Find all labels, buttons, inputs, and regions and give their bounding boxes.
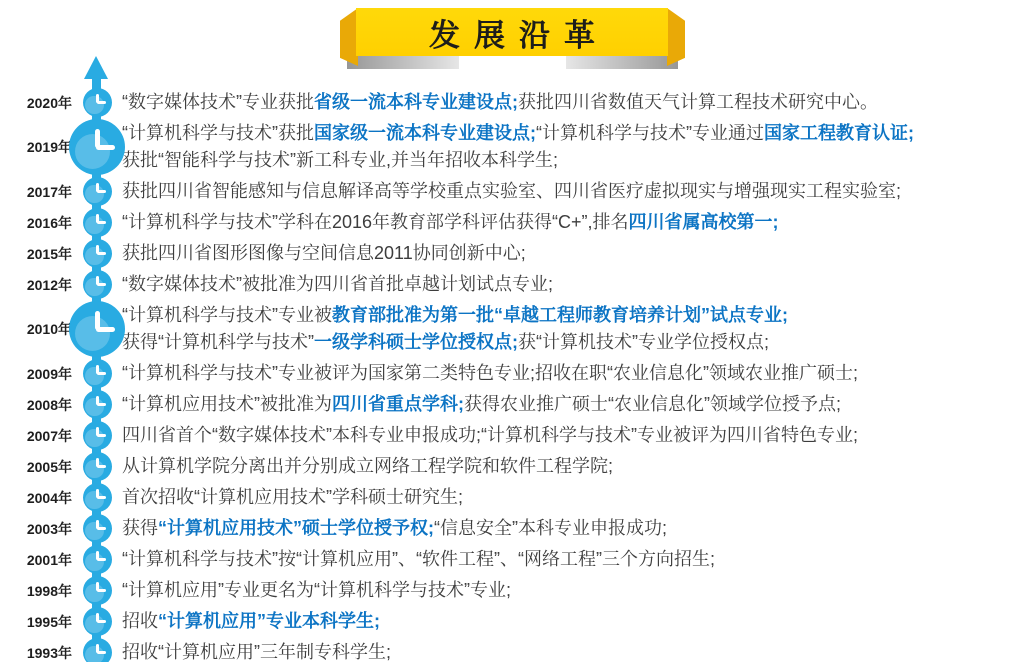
clock-cell <box>72 452 122 481</box>
milestone-line: 获得“计算机科学与技术”一级学科硕士学位授权点;获“计算机技术”专业学位授权点; <box>122 329 1016 356</box>
milestone-highlight: 教育部批准为第一批“卓越工程师教育培养计划”试点专业; <box>332 305 788 325</box>
milestone-highlight: 国家级一流本科专业建设点; <box>314 123 536 143</box>
clock-highlight <box>85 584 104 603</box>
milestone-line: 招收“计算机应用”专业本科学生; <box>122 608 1016 635</box>
clock-icon <box>83 452 112 481</box>
milestone-segment: 四川省首个“数字媒体技术”本科专业申报成功;“计算机科学与技术”专业被评为四川省… <box>122 425 858 445</box>
clock-icon <box>83 177 112 206</box>
milestone-highlight: 一级学科硕士学位授权点; <box>314 332 518 352</box>
timeline-row: 2012年“数字媒体技术”被批准为四川省首批卓越计划试点专业; <box>0 270 1024 299</box>
timeline-row: 2010年“计算机科学与技术”专业被教育部批准为第一批“卓越工程师教育培养计划”… <box>0 301 1024 357</box>
clock-hand-horizontal <box>97 527 106 530</box>
milestone-segment: 获批四川省图形图像与空间信息2011协同创新中心; <box>122 243 526 263</box>
year-label: 2016年 <box>0 213 72 233</box>
clock-hand-horizontal <box>97 403 106 406</box>
milestone-highlight: “计算机应用”专业本科学生; <box>158 611 380 631</box>
year-label: 1995年 <box>0 612 72 632</box>
timeline-row: 2016年“计算机科学与技术”学科在2016年教育部学科评估获得“C+”,排名四… <box>0 208 1024 237</box>
milestone-line: 获批“智能科学与技术”新工科专业,并当年招收本科学生; <box>122 147 1016 174</box>
timeline-row: 2020年“数字媒体技术”专业获批省级一流本科专业建设点;获批四川省数值天气计算… <box>0 88 1024 117</box>
clock-hand-horizontal <box>97 558 106 561</box>
clock-highlight <box>85 429 104 448</box>
timeline-row: 2017年获批四川省智能感知与信息解译高等学校重点实验室、四川省医疗虚拟现实与增… <box>0 177 1024 206</box>
clock-highlight <box>85 185 104 204</box>
timeline-row: 2005年从计算机学院分离出并分别成立网络工程学院和软件工程学院; <box>0 452 1024 481</box>
ribbon-shadow-right <box>566 54 678 69</box>
milestone-segment: 招收“计算机应用”三年制专科学生; <box>122 642 391 662</box>
clock-cell <box>72 119 122 175</box>
milestone-line: 获得“计算机应用技术”硕士学位授予权;“信息安全”本科专业申报成功; <box>122 515 1016 542</box>
milestone-segment: “数字媒体技术”被批准为四川省首批卓越计划试点专业; <box>122 274 553 294</box>
clock-icon <box>83 390 112 419</box>
milestone-text: “计算机科学与技术”按“计算机应用”、“软件工程”、“网络工程”三个方向招生; <box>122 546 1024 573</box>
year-label: 2019年 <box>0 137 72 157</box>
clock-icon <box>83 545 112 574</box>
year-label: 2004年 <box>0 488 72 508</box>
milestone-segment: “计算机科学与技术”学科在2016年教育部学科评估获得“C+”,排名 <box>122 212 629 232</box>
clock-hand-horizontal <box>97 372 106 375</box>
milestone-text: 获批四川省智能感知与信息解译高等学校重点实验室、四川省医疗虚拟现实与增强现实工程… <box>122 178 1024 205</box>
clock-highlight <box>75 316 111 352</box>
milestone-text: “数字媒体技术”被批准为四川省首批卓越计划试点专业; <box>122 271 1024 298</box>
clock-hand-horizontal <box>97 221 106 224</box>
clock-cell <box>72 208 122 237</box>
clock-hand-horizontal <box>97 283 106 286</box>
milestone-line: “数字媒体技术”专业获批省级一流本科专业建设点;获批四川省数值天气计算工程技术研… <box>122 89 1016 116</box>
milestone-segment: “计算机科学与技术”获批 <box>122 123 314 143</box>
clock-cell <box>72 270 122 299</box>
milestone-segment: “计算机科学与技术”专业被评为国家第二类特色专业;招收在职“农业信息化”领域农业… <box>122 363 858 383</box>
milestone-text: “计算机应用”专业更名为“计算机科学与技术”专业; <box>122 577 1024 604</box>
clock-icon <box>83 576 112 605</box>
timeline-row: 2001年“计算机科学与技术”按“计算机应用”、“软件工程”、“网络工程”三个方… <box>0 545 1024 574</box>
milestone-highlight: “计算机应用技术”硕士学位授予权; <box>158 518 434 538</box>
clock-cell <box>72 390 122 419</box>
clock-hand-horizontal <box>96 327 115 332</box>
year-label: 2001年 <box>0 550 72 570</box>
timeline-row: 2004年首次招收“计算机应用技术”学科硕士研究生; <box>0 483 1024 512</box>
year-label: 2003年 <box>0 519 72 539</box>
milestone-segment: “计算机科学与技术”专业被 <box>122 305 332 325</box>
clock-highlight <box>85 491 104 510</box>
milestone-line: “计算机科学与技术”专业被教育部批准为第一批“卓越工程师教育培养计划”试点专业; <box>122 302 1016 329</box>
clock-highlight <box>85 367 104 386</box>
milestone-text: “计算机科学与技术”获批国家级一流本科专业建设点;“计算机科学与技术”专业通过国… <box>122 120 1024 174</box>
timeline-row: 2015年获批四川省图形图像与空间信息2011协同创新中心; <box>0 239 1024 268</box>
clock-cell <box>72 239 122 268</box>
clock-cell <box>72 177 122 206</box>
milestone-text: 获得“计算机应用技术”硕士学位授予权;“信息安全”本科专业申报成功; <box>122 515 1024 542</box>
clock-highlight <box>85 398 104 417</box>
milestone-line: 从计算机学院分离出并分别成立网络工程学院和软件工程学院; <box>122 453 1016 480</box>
clock-hand-horizontal <box>97 434 106 437</box>
clock-cell <box>72 301 122 357</box>
clock-cell <box>72 514 122 543</box>
ribbon-fold-right <box>667 8 685 66</box>
ribbon-main: 发展沿革 <box>356 8 668 56</box>
milestone-segment: “计算机应用”专业更名为“计算机科学与技术”专业; <box>122 580 511 600</box>
year-label: 2017年 <box>0 182 72 202</box>
clock-highlight <box>85 460 104 479</box>
timeline-row: 1998年“计算机应用”专业更名为“计算机科学与技术”专业; <box>0 576 1024 605</box>
year-label: 1998年 <box>0 581 72 601</box>
ribbon-shadow-left <box>347 54 459 69</box>
clock-cell <box>72 607 122 636</box>
clock-icon <box>83 638 112 662</box>
milestone-text: “计算机科学与技术”专业被教育部批准为第一批“卓越工程师教育培养计划”试点专业;… <box>122 302 1024 356</box>
milestone-segment: 获得农业推广硕士“农业信息化”领域学位授予点; <box>464 394 841 414</box>
milestone-segment: 获批四川省数值天气计算工程技术研究中心。 <box>518 92 878 112</box>
clock-icon <box>83 421 112 450</box>
timeline-row: 1995年招收“计算机应用”专业本科学生; <box>0 607 1024 636</box>
clock-hand-horizontal <box>97 496 106 499</box>
milestone-line: “计算机科学与技术”获批国家级一流本科专业建设点;“计算机科学与技术”专业通过国… <box>122 120 1016 147</box>
clock-icon <box>83 270 112 299</box>
milestone-segment: 获批四川省智能感知与信息解译高等学校重点实验室、四川省医疗虚拟现实与增强现实工程… <box>122 181 901 201</box>
year-label: 2015年 <box>0 244 72 264</box>
clock-cell <box>72 88 122 117</box>
clock-hand-horizontal <box>97 252 106 255</box>
milestone-line: 招收“计算机应用”三年制专科学生; <box>122 639 1016 662</box>
milestone-segment: 获批“智能科学与技术”新工科专业,并当年招收本科学生; <box>122 150 558 170</box>
timeline-rows: 2020年“数字媒体技术”专业获批省级一流本科专业建设点;获批四川省数值天气计算… <box>0 88 1024 662</box>
clock-highlight <box>75 134 111 170</box>
clock-hand-horizontal <box>97 620 106 623</box>
clock-icon <box>83 88 112 117</box>
clock-highlight <box>85 522 104 541</box>
clock-icon <box>83 483 112 512</box>
milestone-text: 首次招收“计算机应用技术”学科硕士研究生; <box>122 484 1024 511</box>
banner-ribbon: 发展沿革 <box>0 0 1024 74</box>
milestone-line: “数字媒体技术”被批准为四川省首批卓越计划试点专业; <box>122 271 1016 298</box>
milestone-highlight: 四川省重点学科; <box>332 394 464 414</box>
clock-hand-horizontal <box>97 190 106 193</box>
clock-cell <box>72 359 122 388</box>
clock-icon <box>83 607 112 636</box>
timeline-row: 2009年“计算机科学与技术”专业被评为国家第二类特色专业;招收在职“农业信息化… <box>0 359 1024 388</box>
year-label: 2009年 <box>0 364 72 384</box>
clock-highlight <box>85 96 104 115</box>
milestone-text: “数字媒体技术”专业获批省级一流本科专业建设点;获批四川省数值天气计算工程技术研… <box>122 89 1024 116</box>
clock-icon <box>83 359 112 388</box>
milestone-line: 获批四川省图形图像与空间信息2011协同创新中心; <box>122 240 1016 267</box>
clock-highlight <box>85 247 104 266</box>
clock-hand-horizontal <box>96 145 115 150</box>
milestone-highlight: 国家工程教育认证; <box>764 123 914 143</box>
milestone-text: “计算机科学与技术”专业被评为国家第二类特色专业;招收在职“农业信息化”领域农业… <box>122 360 1024 387</box>
year-label: 2007年 <box>0 426 72 446</box>
milestone-text: 获批四川省图形图像与空间信息2011协同创新中心; <box>122 240 1024 267</box>
milestone-text: “计算机科学与技术”学科在2016年教育部学科评估获得“C+”,排名四川省属高校… <box>122 209 1024 236</box>
milestone-segment: 获得“计算机科学与技术” <box>122 332 314 352</box>
clock-icon <box>83 514 112 543</box>
clock-cell <box>72 576 122 605</box>
clock-hand-horizontal <box>97 465 106 468</box>
clock-highlight <box>85 216 104 235</box>
clock-highlight <box>85 615 104 634</box>
clock-highlight <box>85 553 104 572</box>
milestone-segment: “计算机科学与技术”专业通过 <box>536 123 764 143</box>
clock-cell <box>72 638 122 662</box>
milestone-segment: “数字媒体技术”专业获批 <box>122 92 314 112</box>
milestone-segment: 从计算机学院分离出并分别成立网络工程学院和软件工程学院; <box>122 456 613 476</box>
clock-icon <box>69 301 125 357</box>
clock-hand-horizontal <box>97 651 106 654</box>
milestone-line: “计算机应用”专业更名为“计算机科学与技术”专业; <box>122 577 1016 604</box>
milestone-line: “计算机科学与技术”专业被评为国家第二类特色专业;招收在职“农业信息化”领域农业… <box>122 360 1016 387</box>
clock-hand-horizontal <box>97 101 106 104</box>
timeline-row: 2007年四川省首个“数字媒体技术”本科专业申报成功;“计算机科学与技术”专业被… <box>0 421 1024 450</box>
milestone-highlight: 四川省属高校第一; <box>629 212 779 232</box>
clock-highlight <box>85 278 104 297</box>
clock-icon <box>83 239 112 268</box>
clock-hand-horizontal <box>97 589 106 592</box>
clock-cell <box>72 483 122 512</box>
milestone-line: “计算机科学与技术”按“计算机应用”、“软件工程”、“网络工程”三个方向招生; <box>122 546 1016 573</box>
year-label: 2020年 <box>0 93 72 113</box>
milestone-highlight: 省级一流本科专业建设点; <box>314 92 518 112</box>
year-label: 2005年 <box>0 457 72 477</box>
clock-icon <box>69 119 125 175</box>
year-label: 2012年 <box>0 275 72 295</box>
clock-cell <box>72 421 122 450</box>
milestone-segment: “计算机科学与技术”按“计算机应用”、“软件工程”、“网络工程”三个方向招生; <box>122 549 715 569</box>
timeline-row: 1993年招收“计算机应用”三年制专科学生; <box>0 638 1024 662</box>
page-title: 发展沿革 <box>415 10 609 55</box>
milestone-segment: 招收 <box>122 611 158 631</box>
year-label: 2010年 <box>0 319 72 339</box>
milestone-text: 从计算机学院分离出并分别成立网络工程学院和软件工程学院; <box>122 453 1024 480</box>
milestone-segment: 获得 <box>122 518 158 538</box>
year-label: 2008年 <box>0 395 72 415</box>
milestone-text: 四川省首个“数字媒体技术”本科专业申报成功;“计算机科学与技术”专业被评为四川省… <box>122 422 1024 449</box>
milestone-text: “计算机应用技术”被批准为四川省重点学科;获得农业推广硕士“农业信息化”领域学位… <box>122 391 1024 418</box>
milestone-line: 四川省首个“数字媒体技术”本科专业申报成功;“计算机科学与技术”专业被评为四川省… <box>122 422 1016 449</box>
milestone-line: 首次招收“计算机应用技术”学科硕士研究生; <box>122 484 1016 511</box>
milestone-text: 招收“计算机应用”三年制专科学生; <box>122 639 1024 662</box>
milestone-segment: “计算机应用技术”被批准为 <box>122 394 332 414</box>
milestone-segment: “信息安全”本科专业申报成功; <box>434 518 667 538</box>
milestone-line: “计算机科学与技术”学科在2016年教育部学科评估获得“C+”,排名四川省属高校… <box>122 209 1016 236</box>
timeline-row: 2008年“计算机应用技术”被批准为四川省重点学科;获得农业推广硕士“农业信息化… <box>0 390 1024 419</box>
timeline-row: 2019年“计算机科学与技术”获批国家级一流本科专业建设点;“计算机科学与技术”… <box>0 119 1024 175</box>
milestone-line: “计算机应用技术”被批准为四川省重点学科;获得农业推广硕士“农业信息化”领域学位… <box>122 391 1016 418</box>
year-label: 1993年 <box>0 643 72 662</box>
milestone-text: 招收“计算机应用”专业本科学生; <box>122 608 1024 635</box>
clock-icon <box>83 208 112 237</box>
timeline-row: 2003年获得“计算机应用技术”硕士学位授予权;“信息安全”本科专业申报成功; <box>0 514 1024 543</box>
milestone-line: 获批四川省智能感知与信息解译高等学校重点实验室、四川省医疗虚拟现实与增强现实工程… <box>122 178 1016 205</box>
milestone-segment: 获“计算机技术”专业学位授权点; <box>518 332 769 352</box>
milestone-segment: 首次招收“计算机应用技术”学科硕士研究生; <box>122 487 463 507</box>
clock-cell <box>72 545 122 574</box>
